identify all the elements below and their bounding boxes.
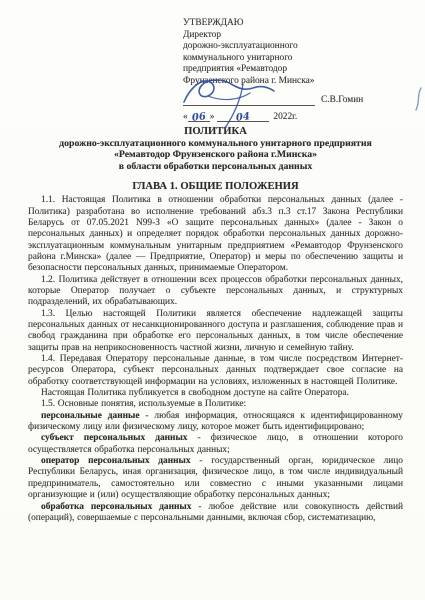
paragraph-1-4: 1.4. Передавая Оператору персональные да… — [28, 354, 403, 388]
definition-term: персональные данные — [41, 411, 140, 421]
chapter-heading: ГЛАВА 1. ОБЩИЕ ПОЛОЖЕНИЯ — [28, 181, 403, 193]
date-day-blank: 06 — [188, 111, 210, 122]
document-title-line-4: в области обработки персональных данных — [28, 161, 403, 172]
approval-line-director: Директор — [183, 30, 415, 42]
definition-data-subject: субъект персональных данных - физическое… — [28, 433, 403, 456]
approval-line-org-2: коммунального унитарного — [183, 53, 415, 65]
approval-line-org-1: дорожно-эксплуатационного — [183, 41, 415, 53]
date-row: «06»042022г. — [183, 111, 415, 124]
date-quote-close: » — [210, 112, 215, 122]
paragraph-1-5: 1.5. Основные понятия, используемые в По… — [28, 399, 403, 410]
definition-data-processing: обработка персональных данных - любое де… — [28, 502, 403, 525]
paragraph-1-3: 1.3. Целью настоящей Политики является о… — [28, 309, 403, 354]
paragraph-publish: Настоящая Политика публикуется в свободн… — [28, 388, 403, 399]
date-year: 2022г. — [273, 112, 297, 122]
definition-data-operator: оператор персональных данных - государст… — [28, 456, 403, 501]
document-title: ПОЛИТИКА — [28, 126, 403, 138]
definition-personal-data: персональные данные - любая информация, … — [28, 411, 403, 434]
approval-line-approve: УТВЕРЖДАЮ — [183, 18, 415, 30]
approval-line-org-4: Фрунзенского района г. Минска» — [183, 76, 415, 88]
approval-line-org-3: предприятия «Ремавтодор — [183, 64, 415, 76]
signature-row: С.В.Гомин — [183, 95, 415, 107]
signature-line — [183, 95, 315, 106]
definition-term: субъект персональных данных — [41, 433, 187, 443]
policy-document-page: УТВЕРЖДАЮ Директор дорожно-эксплуатацион… — [0, 0, 425, 600]
document-title-line-3: «Ремавтодор Фрунзенского района г.Минска… — [28, 149, 403, 160]
date-month-blank: 04 — [217, 111, 269, 122]
paragraph-1-2: 1.2. Политика действует в отношении всех… — [28, 275, 403, 309]
definition-term: обработка персональных данных — [41, 502, 191, 512]
date-month-handwritten: 04 — [236, 111, 251, 124]
signature-name: С.В.Гомин — [321, 95, 363, 107]
approval-block: УТВЕРЖДАЮ Директор дорожно-эксплуатацион… — [183, 18, 415, 124]
title-block: ПОЛИТИКА дорожно-эксплуатационного комму… — [28, 126, 403, 172]
signature-stroke-flourish — [208, 93, 250, 100]
document-content: ПОЛИТИКА дорожно-эксплуатационного комму… — [0, 126, 425, 524]
scan-ink-artifact-icon — [412, 86, 424, 112]
scan-ink-stroke — [416, 88, 421, 110]
document-title-line-2: дорожно-эксплуатационного коммунального … — [28, 138, 403, 149]
date-day-handwritten: 06 — [191, 111, 206, 124]
definition-term: оператор персональных данных — [41, 456, 191, 466]
paragraph-1-1: 1.1. Настоящая Политика в отношении обра… — [28, 195, 403, 274]
